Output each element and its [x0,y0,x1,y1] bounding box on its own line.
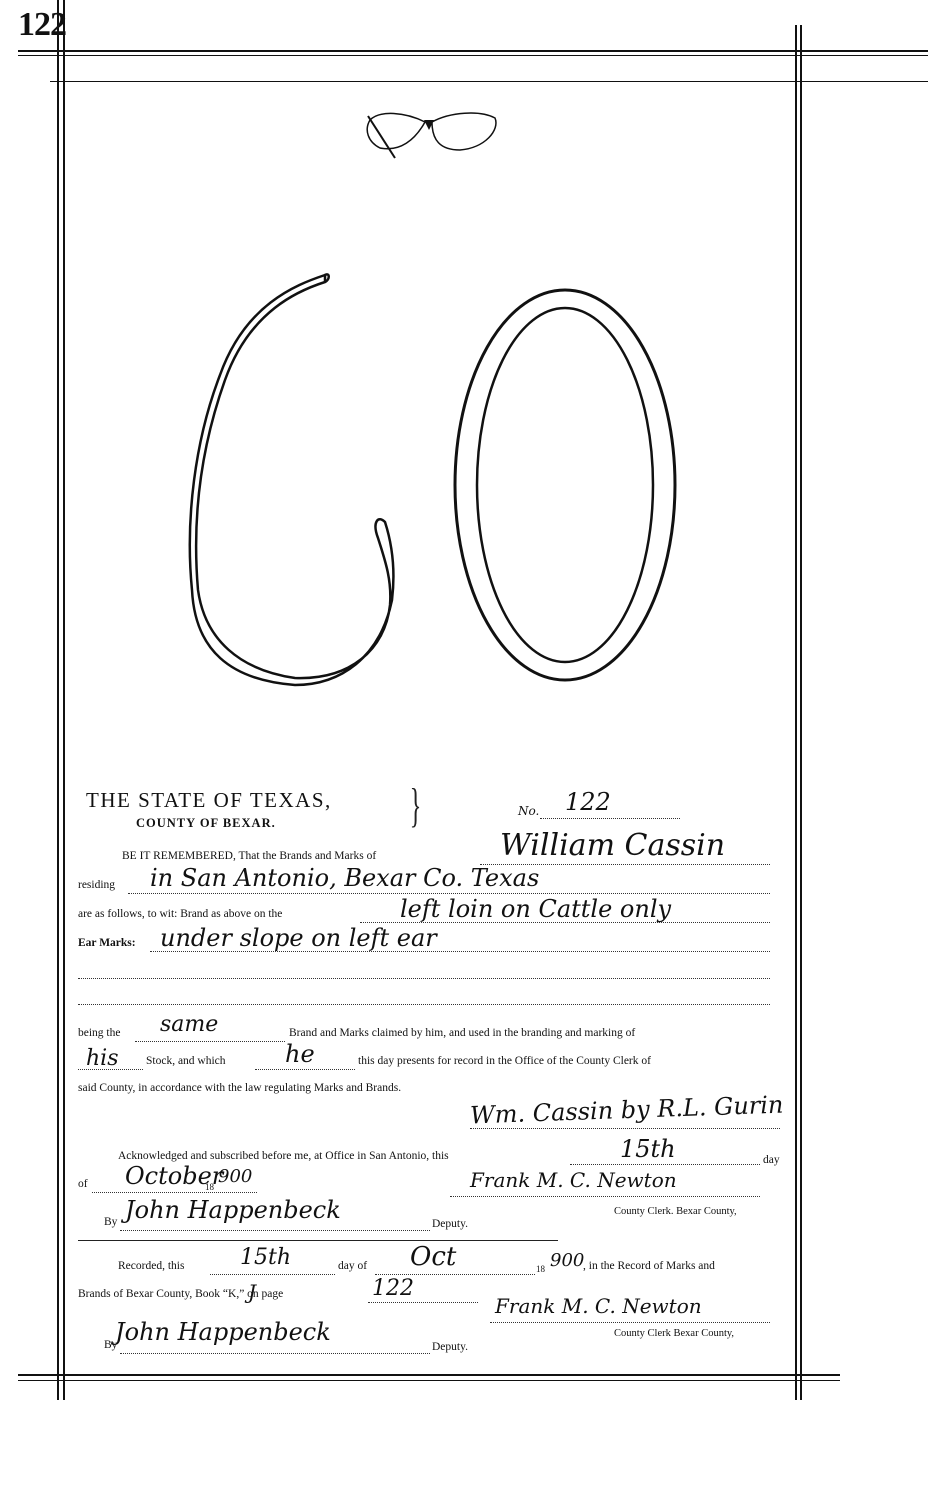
ear-mark-drawing-icon [360,100,510,160]
record-number: 122 [565,788,611,816]
separator-line [78,1240,558,1241]
accordance-text: said County, in accordance with the law … [78,1082,401,1094]
bottom-rule-2 [18,1380,840,1381]
ear-marks-label: Ear Marks: [78,937,136,949]
stock-text: Stock, and which [146,1055,226,1067]
top-rule-inner [18,55,928,56]
blank-line-1 [78,978,770,979]
year-prefix: 18 [205,1182,214,1192]
which-line [255,1069,355,1070]
county-subtitle: COUNTY OF BEXAR. [136,816,276,831]
day-of-label: day of [338,1260,367,1272]
number-line [540,818,680,819]
ack-year: 900 [218,1166,252,1187]
by-label-1: By [104,1216,117,1228]
claimed-text: Brand and Marks claimed by him, and used… [289,1027,635,1039]
clerk-title-2: County Clerk Bexar County, [614,1328,734,1339]
clerk-signature-2: Frank M. C. Newton [495,1294,702,1318]
owner-name: William Cassin [500,828,725,863]
brand-location-value: left loin on Cattle only [400,895,671,923]
page-line [368,1302,478,1303]
bottom-rule [18,1374,840,1376]
deputy-line-1 [120,1230,430,1231]
recorded-day-line [210,1274,335,1275]
recorded-year: 900 [550,1250,584,1271]
brace-icon: } [410,782,422,830]
recorded-month-line [375,1274,535,1275]
page-value: 122 [372,1276,414,1301]
residing-line [128,893,770,894]
day-label: day [763,1154,780,1166]
right-margin-rule-2 [800,25,802,1400]
brand-location-label: are as follows, to wit: Brand as above o… [78,908,282,920]
being-the-value: same [160,1012,218,1037]
residing-label: residing [78,879,115,891]
ear-marks-value: under slope on left ear [160,924,437,952]
left-margin-rule [57,0,59,1400]
being-the-line [135,1041,285,1042]
deputy-label-2: Deputy. [432,1341,468,1353]
recorded-label: Recorded, this [118,1260,184,1272]
book-value: J [248,1280,256,1304]
ack-day-line [570,1164,760,1165]
deputy-label-1: Deputy. [432,1218,468,1230]
of-label: of [78,1178,88,1190]
clerk-signature-1: Frank M. C. Newton [470,1168,677,1192]
residing-value: in San Antonio, Bexar Co. Texas [150,864,539,892]
deputy-signature-2: John Happenbeck [115,1318,331,1346]
left-margin-rule-2 [63,0,65,1400]
being-the-label: being the [78,1027,120,1039]
state-title: THE STATE OF TEXAS, [86,788,332,813]
page-number: 122 [18,6,66,44]
right-margin-rule [795,25,797,1400]
number-label: No. [518,804,539,818]
recorded-month: Oct [410,1242,456,1272]
owner-signature: Wm. Cassin by R.L. Gurin [470,1091,784,1130]
stock-value: his [86,1046,119,1071]
clerk-signature-line-2 [490,1322,770,1323]
which-value: he [285,1040,315,1068]
ack-month-line [92,1192,257,1193]
presents-text: this day presents for record in the Offi… [358,1055,651,1067]
owner-signature-line [470,1128,780,1129]
remembered-text: BE IT REMEMBERED, That the Brands and Ma… [122,850,376,862]
ack-day: 15th [620,1135,676,1163]
acknowledged-text: Acknowledged and subscribed before me, a… [118,1150,449,1162]
record-text: , in the Record of Marks and [583,1260,715,1272]
co-brand-drawing-icon [180,260,680,710]
clerk-signature-line-1 [450,1196,760,1197]
recorded-day: 15th [240,1245,291,1270]
blank-line-2 [78,1004,770,1005]
top-rule [18,50,928,52]
deputy-line-2 [120,1353,430,1354]
clerk-title-1: County Clerk. Bexar County, [614,1206,737,1217]
recorded-year-prefix: 18 [536,1264,545,1274]
deputy-signature-1: John Happenbeck [125,1196,341,1224]
